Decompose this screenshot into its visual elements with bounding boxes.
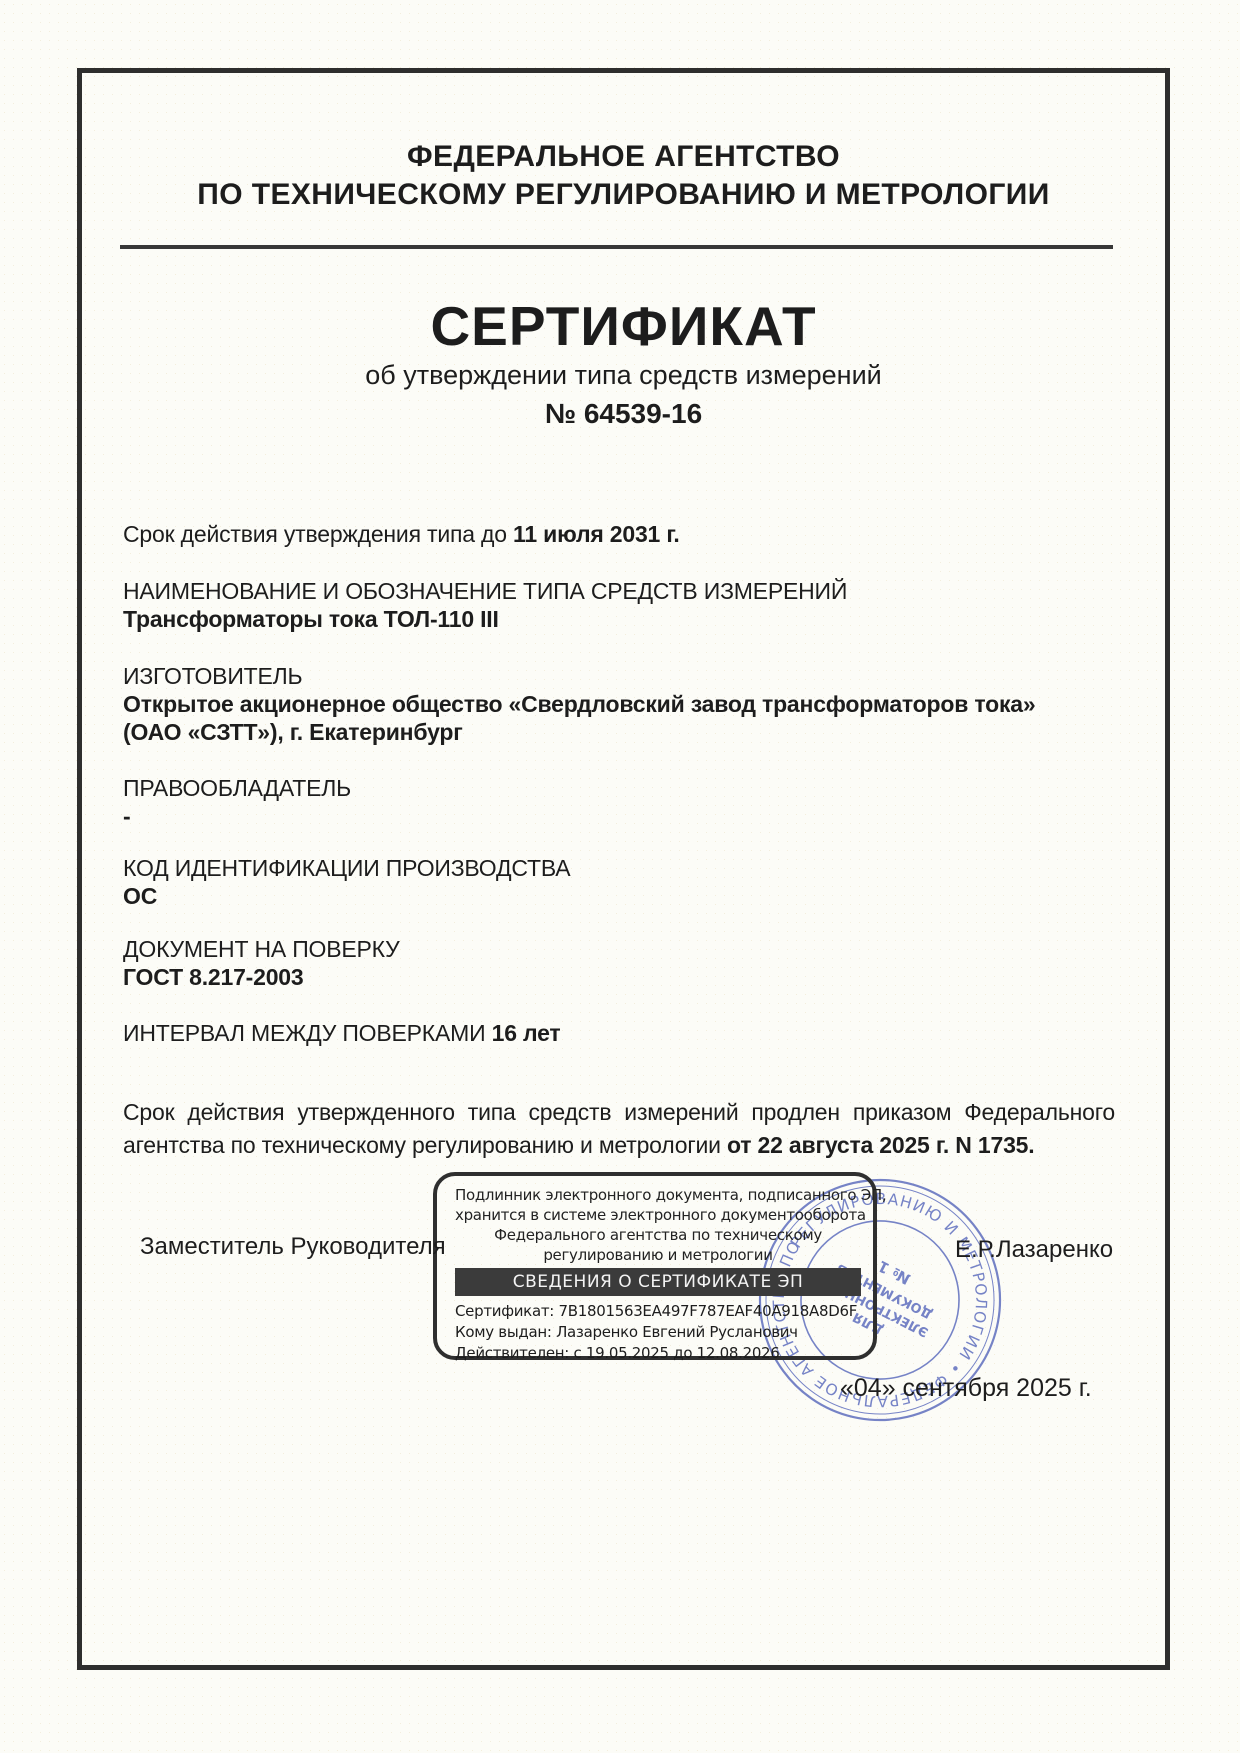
- section-label: ПРАВООБЛАДАТЕЛЬ: [123, 774, 1115, 802]
- agency-header-line-2: ПО ТЕХНИЧЕСКОМУ РЕГУЛИРОВАНИЮ И МЕТРОЛОГ…: [77, 176, 1170, 214]
- esign-issued-line: Кому выдан: Лазаренко Евгений Русланович: [455, 1322, 861, 1343]
- agency-header: ФЕДЕРАЛЬНОЕ АГЕНТСТВО ПО ТЕХНИЧЕСКОМУ РЕ…: [77, 138, 1170, 214]
- esign-info-line-1: Подлинник электронного документа, подпис…: [455, 1185, 861, 1205]
- signatory-name: Е.Р.Лазаренко: [955, 1236, 1113, 1264]
- esign-certificate-line: Сертификат: 7B1801563EA497F787EAF40A918A…: [455, 1301, 861, 1322]
- section-value: ГОСТ 8.217-2003: [123, 963, 1115, 991]
- interval-line: ИНТЕРВАЛ МЕЖДУ ПОВЕРКАМИ 16 лет: [123, 1019, 1115, 1047]
- section-manufacturer: ИЗГОТОВИТЕЛЬ Открытое акционерное общест…: [123, 662, 1115, 746]
- section-rights-holder: ПРАВООБЛАДАТЕЛЬ -: [123, 774, 1115, 830]
- interval-prefix: ИНТЕРВАЛ МЕЖДУ ПОВЕРКАМИ: [123, 1020, 492, 1046]
- esign-info-line-2: хранится в системе электронного документ…: [455, 1205, 861, 1225]
- section-label: КОД ИДЕНТИФИКАЦИИ ПРОИЗВОДСТВА: [123, 854, 1115, 882]
- esign-info-line-4: регулированию и метрологии: [455, 1245, 861, 1265]
- section-name-designation: НАИМЕНОВАНИЕ И ОБОЗНАЧЕНИЕ ТИПА СРЕДСТВ …: [123, 577, 1115, 633]
- section-value-line-2: (ОАО «СЗТТ»), г. Екатеринбург: [123, 718, 1115, 746]
- certificate-subtitle: об утверждении типа средств измерений: [77, 360, 1170, 391]
- section-production-id: КОД ИДЕНТИФИКАЦИИ ПРОИЗВОДСТВА ОС: [123, 854, 1115, 910]
- validity-value: 11 июля 2031 г.: [513, 521, 680, 547]
- esign-valid-line: Действителен: с 19.05.2025 до 12.08.2026: [455, 1343, 861, 1364]
- divider-rule: [120, 245, 1113, 249]
- interval-value: 16 лет: [492, 1020, 561, 1046]
- section-value: Открытое акционерное общество «Свердловс…: [123, 690, 1115, 718]
- section-value: -: [123, 802, 1115, 830]
- validity-prefix: Срок действия утверждения типа до: [123, 521, 513, 547]
- extension-paragraph: Срок действия утвержденного типа средств…: [123, 1096, 1115, 1162]
- section-verification-doc: ДОКУМЕНТ НА ПОВЕРКУ ГОСТ 8.217-2003: [123, 935, 1115, 991]
- section-value: Трансформаторы тока ТОЛ-110 III: [123, 605, 1115, 633]
- issue-date: «04» сентября 2025 г.: [840, 1374, 1092, 1403]
- validity-line: Срок действия утверждения типа до 11 июл…: [123, 520, 1115, 548]
- certificate-page: ФЕДЕРАЛЬНОЕ АГЕНТСТВО ПО ТЕХНИЧЕСКОМУ РЕ…: [0, 0, 1240, 1753]
- signatory-position: Заместитель Руководителя: [140, 1233, 446, 1261]
- extension-order: от 22 августа 2025 г. N 1735.: [727, 1132, 1034, 1158]
- section-value: ОС: [123, 882, 1115, 910]
- agency-header-line-1: ФЕДЕРАЛЬНОЕ АГЕНТСТВО: [77, 138, 1170, 176]
- certificate-title: СЕРТИФИКАТ: [77, 294, 1170, 358]
- esign-box: Подлинник электронного документа, подпис…: [433, 1172, 877, 1360]
- esign-bar-title: СВЕДЕНИЯ О СЕРТИФИКАТЕ ЭП: [455, 1268, 861, 1296]
- section-label: ДОКУМЕНТ НА ПОВЕРКУ: [123, 935, 1115, 963]
- certificate-number: № 64539-16: [77, 398, 1170, 430]
- section-label: ИЗГОТОВИТЕЛЬ: [123, 662, 1115, 690]
- esign-info-line-3: Федерального агентства по техническому: [455, 1225, 861, 1245]
- section-label: НАИМЕНОВАНИЕ И ОБОЗНАЧЕНИЕ ТИПА СРЕДСТВ …: [123, 577, 1115, 605]
